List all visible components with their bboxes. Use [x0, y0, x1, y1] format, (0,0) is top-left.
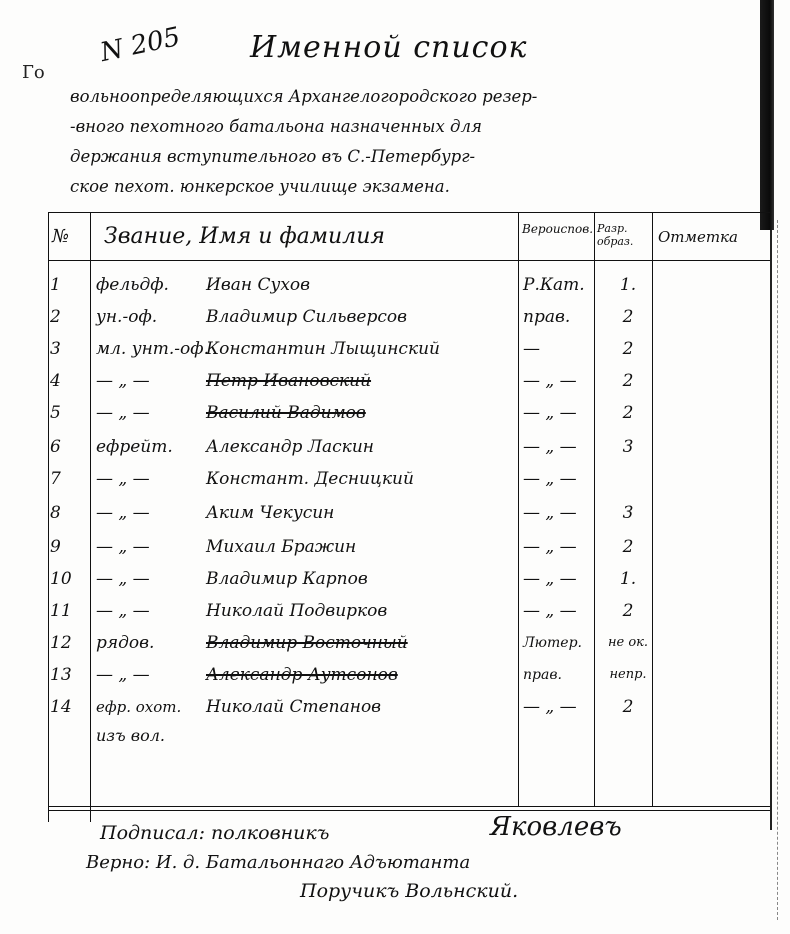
- row-rank: — „ —: [96, 530, 206, 564]
- row-name: Николай Степанов: [206, 690, 516, 724]
- row-number: 10: [48, 562, 94, 596]
- row-religion: — „ —: [523, 364, 593, 398]
- table-row: 2 ун.-оф. Владимир Сильверсов прав. 2: [48, 300, 770, 334]
- scan-edge-line: [770, 230, 772, 830]
- row-rank: ун.-оф.: [96, 300, 206, 334]
- row-religion: — „ —: [523, 562, 593, 596]
- table-top-rule: [48, 212, 770, 213]
- commander-signature: Яковлевъ: [490, 812, 622, 842]
- row-name: Иван Сухов: [206, 268, 516, 302]
- preamble-line: держания вступительного въ С.-Петербург-: [70, 142, 770, 172]
- row-category: не ок.: [603, 626, 653, 660]
- row-religion: — „ —: [523, 690, 593, 724]
- row-category: 2: [603, 594, 653, 628]
- row-name: Владимир Карпов: [206, 562, 516, 596]
- row-rank: — „ —: [96, 396, 206, 430]
- row-rank: — „ —: [96, 462, 206, 496]
- row-name: Аким Чекусин: [206, 496, 516, 530]
- table-row: 6 ефрейт. Александр Ласкин — „ — 3: [48, 430, 770, 464]
- row-name-struck: Петр Ивановский: [206, 364, 516, 398]
- table-row: 3 мл. унт.-оф. Константин Лыщинский — 2: [48, 332, 770, 366]
- header-number: №: [52, 226, 69, 247]
- preamble-line: вольноопределяющихся Архангелогородского…: [70, 82, 770, 112]
- table-bottom-rule: [48, 806, 770, 807]
- preamble-line: ское пехот. юнкерское училище экзамена.: [70, 172, 770, 202]
- row-religion: Р.Кат.: [523, 268, 593, 302]
- row-category: 2: [603, 530, 653, 564]
- row-religion: —: [523, 332, 593, 366]
- row-category: 2: [603, 300, 653, 334]
- row-name: Николай Подвирков: [206, 594, 516, 628]
- row-category: 2: [603, 690, 653, 724]
- row-religion: — „ —: [523, 594, 593, 628]
- row-number: 13: [48, 658, 94, 692]
- row-rank: — „ —: [96, 364, 206, 398]
- row-number: 6: [48, 430, 94, 464]
- row-name-struck: Владимир Восточный: [206, 626, 516, 660]
- row-number: 12: [48, 626, 94, 660]
- archive-number: N 205: [98, 22, 183, 68]
- table-row: 1 фельдф. Иван Сухов Р.Кат. 1.: [48, 268, 770, 302]
- row-religion: — „ —: [523, 530, 593, 564]
- row-religion: Лютер.: [523, 626, 593, 660]
- row-category: 2: [603, 332, 653, 366]
- row-number: 14: [48, 690, 94, 724]
- signature-line-1: Подписал: полковникъ: [100, 822, 329, 844]
- row-category: 1.: [603, 268, 653, 302]
- row-number: 4: [48, 364, 94, 398]
- row-rank: фельдф.: [96, 268, 206, 302]
- row-name: Александр Ласкин: [206, 430, 516, 464]
- row-religion: прав.: [523, 300, 593, 334]
- table-row: 5 — „ — Василий Вадимов — „ — 2: [48, 396, 770, 430]
- row-number: 9: [48, 530, 94, 564]
- row-rank: мл. унт.-оф.: [96, 332, 206, 366]
- table-row: 8 — „ — Аким Чекусин — „ — 3: [48, 496, 770, 530]
- row-rank: — „ —: [96, 658, 206, 692]
- table-row: 10 — „ — Владимир Карпов — „ — 1.: [48, 562, 770, 596]
- header-religion: Вероиспов.: [522, 222, 592, 236]
- header-category: Разр. образ.: [597, 222, 651, 248]
- table-row: 9 — „ — Михаил Бражин — „ — 2: [48, 530, 770, 564]
- row-rank: — „ —: [96, 496, 206, 530]
- table-bottom-rule-double: [48, 810, 770, 811]
- table-row: 4 — „ — Петр Ивановский — „ — 2: [48, 364, 770, 398]
- header-notes: Отметка: [658, 228, 738, 246]
- row-religion: прав.: [523, 658, 593, 692]
- row-name-struck: Александр Аутсонов: [206, 658, 516, 692]
- table-row: 11 — „ — Николай Подвирков — „ — 2: [48, 594, 770, 628]
- row-category: 1.: [603, 562, 653, 596]
- row-number: 11: [48, 594, 94, 628]
- row-category: 2: [603, 364, 653, 398]
- roster-table: № Звание, Имя и фамилия Вероиспов. Разр.…: [48, 212, 770, 802]
- row-number: 3: [48, 332, 94, 366]
- row-name: Констант. Десницкий: [206, 462, 516, 496]
- row-name: Михаил Бражин: [206, 530, 516, 564]
- row-number: 8: [48, 496, 94, 530]
- preamble-line: -вного пехотного батальона назначенных д…: [70, 112, 770, 142]
- row-number: 2: [48, 300, 94, 334]
- row-category: 2: [603, 396, 653, 430]
- row-name: Владимир Сильверсов: [206, 300, 516, 334]
- header-bottom-rule: [48, 260, 770, 261]
- table-row: 14 ефр. охот. Николай Степанов — „ — 2: [48, 690, 770, 724]
- row-religion: — „ —: [523, 462, 593, 496]
- table-row: 13 — „ — Александр Аутсонов прав. непр.: [48, 658, 770, 692]
- row-rank-continuation: изъ вол.: [96, 726, 165, 745]
- header-rank-name: Звание, Имя и фамилия: [104, 224, 385, 249]
- row-number: 1: [48, 268, 94, 302]
- row-religion: — „ —: [523, 496, 593, 530]
- row-rank: — „ —: [96, 594, 206, 628]
- row-category: 3: [603, 496, 653, 530]
- preamble: вольноопределяющихся Архангелогородского…: [70, 82, 770, 202]
- row-religion: — „ —: [523, 430, 593, 464]
- document-page: Го N 205 Именной список вольноопределяющ…: [0, 0, 790, 934]
- row-category: непр.: [603, 658, 653, 692]
- row-rank: — „ —: [96, 562, 206, 596]
- margin-mark: Го: [22, 62, 45, 83]
- table-row: 12 рядов. Владимир Восточный Лютер. не о…: [48, 626, 770, 660]
- row-name-struck: Василий Вадимов: [206, 396, 516, 430]
- table-row: 7 — „ — Констант. Десницкий — „ —: [48, 462, 770, 496]
- row-number: 5: [48, 396, 94, 430]
- row-rank: ефрейт.: [96, 430, 206, 464]
- row-category: 3: [603, 430, 653, 464]
- row-rank: рядов.: [96, 626, 206, 660]
- row-rank: ефр. охот.: [96, 690, 206, 724]
- row-religion: — „ —: [523, 396, 593, 430]
- scan-edge-dashed: [777, 220, 778, 920]
- document-title: Именной список: [250, 30, 527, 65]
- row-name: Константин Лыщинский: [206, 332, 516, 366]
- signature-line-3: Поручикъ Вольнский.: [300, 880, 518, 902]
- signature-line-2: Верно: И. д. Батальоннаго Адъютанта: [86, 852, 470, 873]
- row-number: 7: [48, 462, 94, 496]
